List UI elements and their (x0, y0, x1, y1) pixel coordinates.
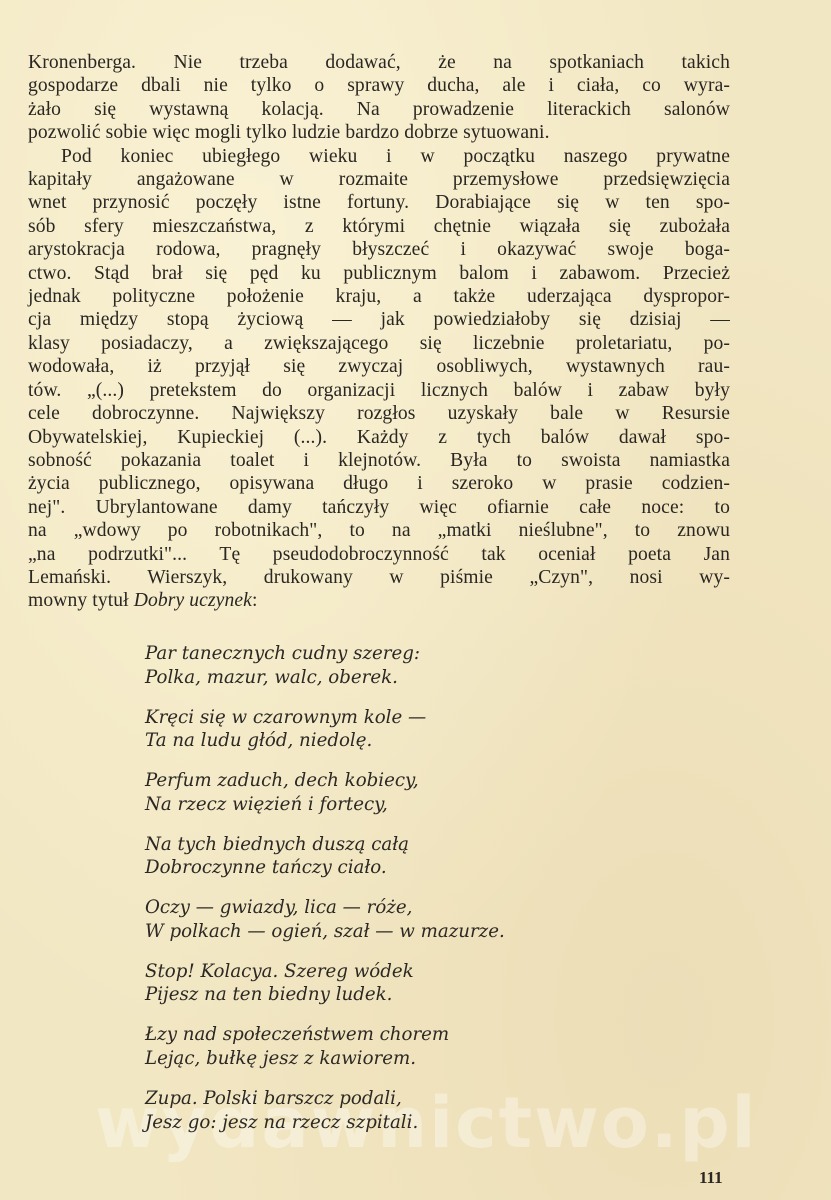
text-line-final: mowny tytuł Dobry uczynek: (28, 589, 730, 612)
poem-verse: Perfum zaduch, dech kobiecy, (145, 769, 505, 793)
text-line: jednak polityczne położenie kraju, a tak… (28, 285, 730, 308)
text-line: tów. „(...) pretekstem do organizacji li… (28, 379, 730, 402)
poem-verse: Pijesz na ten biedny ludek. (145, 983, 505, 1007)
paragraph-1: Kronenberga. Nie trzeba dodawać, że na s… (28, 51, 730, 145)
text-line: Lemański. Wierszyk, drukowany w piśmie „… (28, 566, 730, 589)
poem-stanza: Kręci się w czarownym kole — Ta na ludu … (145, 706, 505, 753)
poem-stanza: Perfum zaduch, dech kobiecy, Na rzecz wi… (145, 769, 505, 816)
poem: Par tanecznych cudny szereg: Polka, mazu… (145, 642, 505, 1151)
text-line: wnet przynosić poczęły istne fortuny. Do… (28, 191, 730, 214)
poem-stanza: Łzy nad społeczeństwem chorem Lejąc, buł… (145, 1023, 505, 1070)
text-line: wodowała, iż przyjął się zwyczaj osobliw… (28, 355, 730, 378)
text-line: cja między stopą życiową — jak powiedzia… (28, 308, 730, 331)
page-number: 111 (699, 1168, 723, 1188)
poem-verse: Łzy nad społeczeństwem chorem (145, 1023, 505, 1047)
text-line: Pod koniec ubiegłego wieku i w początku … (28, 145, 730, 168)
poem-verse: Ta na ludu głód, niedolę. (145, 729, 505, 753)
poem-title-reference: Dobry uczynek (134, 590, 252, 611)
text-line: cele dobroczynne. Największy rozgłos uzy… (28, 402, 730, 425)
text-line: Kronenberga. Nie trzeba dodawać, że na s… (28, 51, 730, 74)
paragraph-2: Pod koniec ubiegłego wieku i w początku … (28, 145, 730, 613)
text-line: na „wdowy po robotnikach", to na „matki … (28, 519, 730, 542)
text-line: żało się wystawną kolacją. Na prowadzeni… (28, 98, 730, 121)
text-line: kapitały angażowane w rozmaite przemysło… (28, 168, 730, 191)
text-line: gospodarze dbali nie tylko o sprawy duch… (28, 74, 730, 97)
prose-body: Kronenberga. Nie trzeba dodawać, że na s… (28, 51, 730, 613)
poem-verse: Stop! Kolacya. Szereg wódek (145, 960, 505, 984)
poem-verse: Jesz go: jesz na rzecz szpitali. (145, 1111, 505, 1135)
poem-verse: Zupa. Polski barszcz podali, (145, 1087, 505, 1111)
poem-verse: Na tych biednych duszą całą (145, 833, 505, 857)
text-fragment: : (252, 590, 258, 611)
poem-verse: W polkach — ogień, szał — w mazurze. (145, 920, 505, 944)
text-line: Obywatelskiej, Kupieckiej (...). Każdy z… (28, 426, 730, 449)
text-line: życia publicznego, opisywana długo i sze… (28, 472, 730, 495)
poem-verse: Dobroczynne tańczy ciało. (145, 856, 505, 880)
poem-verse: Na rzecz więzień i fortecy, (145, 793, 505, 817)
text-line: arystokracja rodowa, pragnęły błyszczeć … (28, 238, 730, 261)
poem-verse: Kręci się w czarownym kole — (145, 706, 505, 730)
book-page: wydawnictwo.pl Kronenberga. Nie trzeba d… (0, 0, 831, 1200)
poem-stanza: Na tych biednych duszą całą Dobroczynne … (145, 833, 505, 880)
poem-stanza: Par tanecznych cudny szereg: Polka, mazu… (145, 642, 505, 689)
poem-stanza: Stop! Kolacya. Szereg wódek Pijesz na te… (145, 960, 505, 1007)
text-line: pozwolić sobie więc mogli tylko ludzie b… (28, 121, 730, 144)
text-line: „na podrzutki"... Tę pseudodobroczynność… (28, 543, 730, 566)
poem-verse: Lejąc, bułkę jesz z kawiorem. (145, 1047, 505, 1071)
text-line: sobność pokazania toalet i klejnotów. By… (28, 449, 730, 472)
poem-stanza: Zupa. Polski barszcz podali, Jesz go: je… (145, 1087, 505, 1134)
text-line: klasy posiadaczy, a zwiększającego się l… (28, 332, 730, 355)
poem-stanza: Oczy — gwiazdy, lica — róże, W polkach —… (145, 896, 505, 943)
text-line: sób sfery mieszczaństwa, z którymi chętn… (28, 215, 730, 238)
text-fragment: mowny tytuł (28, 590, 134, 611)
poem-verse: Oczy — gwiazdy, lica — róże, (145, 896, 505, 920)
text-line: nej". Ubrylantowane damy tańczyły więc o… (28, 496, 730, 519)
text-line: ctwo. Stąd brał się pęd ku publicznym ba… (28, 262, 730, 285)
poem-verse: Polka, mazur, walc, oberek. (145, 666, 505, 690)
poem-verse: Par tanecznych cudny szereg: (145, 642, 505, 666)
